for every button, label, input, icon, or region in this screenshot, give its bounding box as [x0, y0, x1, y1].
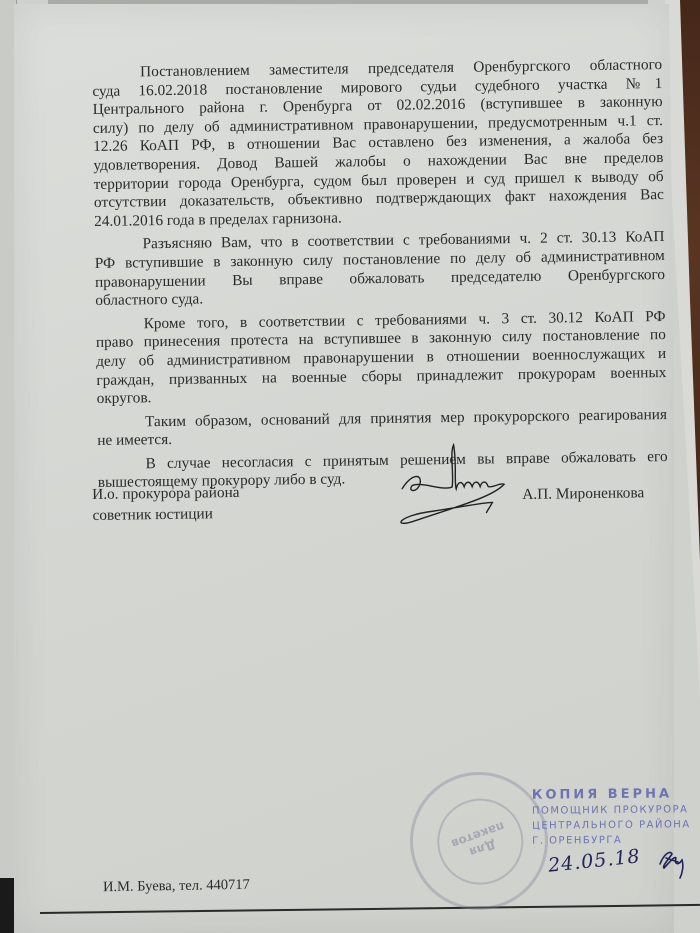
executor-contact: И.М. Буева, тел. 440717 [103, 877, 250, 897]
signatory-name: А.П. Мироненкова [522, 482, 644, 505]
handwritten-signature-icon [392, 442, 543, 534]
stamp-line: ПОМОЩНИК ПРОКУРОРА [532, 802, 691, 818]
letter-body: Постановлением заместителя председателя … [92, 56, 668, 498]
signatory-position: И.о. прокурора района советник юстиции [92, 482, 240, 526]
signature-block: И.о. прокурора района советник юстиции А… [92, 470, 683, 548]
table-edge [0, 878, 16, 933]
position-title: И.о. прокурора района [92, 482, 240, 505]
stamp-line: КОПИЯ ВЕРНА [532, 786, 691, 803]
paragraph-ruling: Постановлением заместителя председателя … [92, 56, 664, 231]
paragraph-conclusion: Таким образом, оснований для принятия ме… [97, 406, 667, 451]
stamp-line: ЦЕНТРАЛЬНОГО РАЙОНА [532, 817, 691, 833]
paragraph-appeal-right: Разъясняю Вам, что в соответствии с треб… [94, 228, 665, 310]
certified-copy-stamp: КОПИЯ ВЕРНА ПОМОЩНИК ПРОКУРОРА ЦЕНТРАЛЬН… [532, 786, 691, 848]
paragraph-military-prosecutor: Кроме того, в соответствии с требованиям… [96, 308, 667, 409]
rank-title: советник юстиции [92, 503, 240, 526]
seal-center-text: Для пакетов [425, 786, 535, 896]
initials-signature-icon [656, 844, 692, 880]
